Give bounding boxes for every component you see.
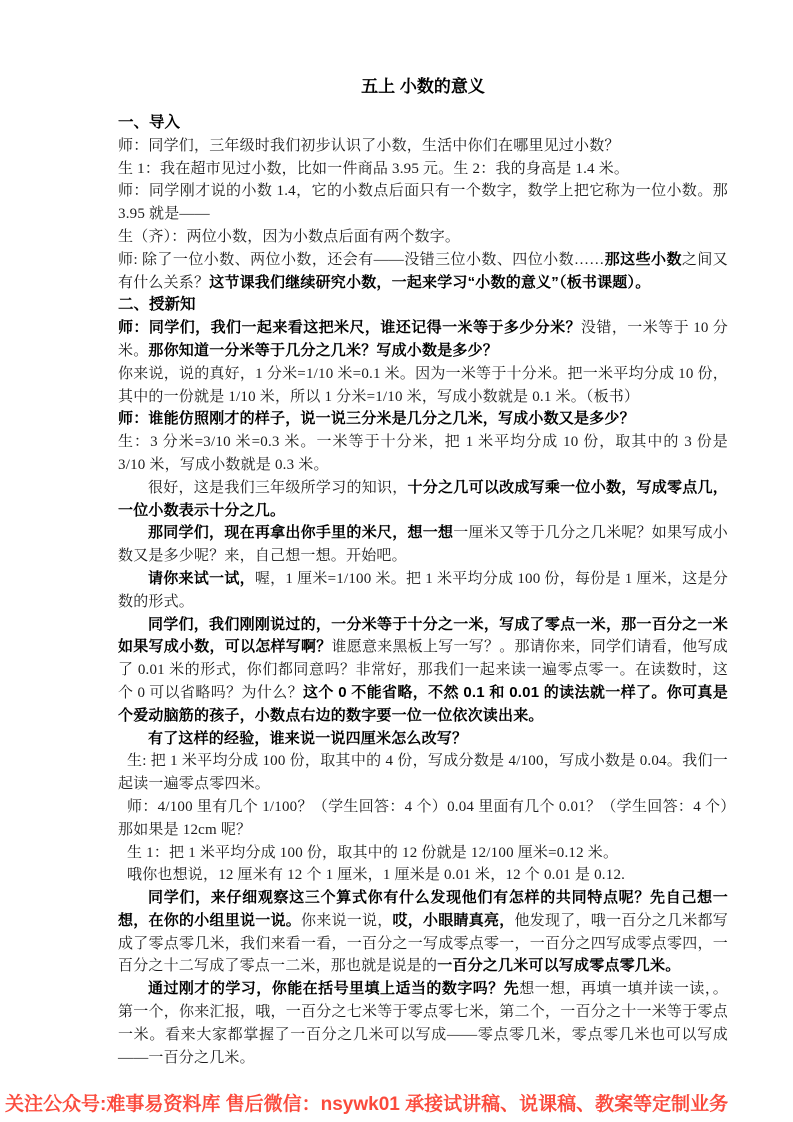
- text-segment: 有了这样的经验，谁来说一说四厘米怎么改写？: [148, 730, 467, 747]
- paragraph: 师: 除了一位小数、两位小数，还会有——没错三位小数、四位小数……那这些小数之间…: [118, 249, 728, 295]
- paragraph: 师：谁能仿照刚才的样子，说一说三分米是几分之几米，写成小数又是多少？: [118, 408, 728, 431]
- paragraph: 很好，这是我们三年级所学习的知识，十分之几可以改成写乘一位小数，写成零点几，一位…: [118, 477, 728, 523]
- footer-banner-text: 关注公众号:难事易资料库 售后微信：nsywk01 承接试讲稿、说课稿、教案等定…: [5, 1094, 728, 1115]
- paragraph: 生：3 分米=3/10 米=0.3 米。一米等于十分米，把 1 米平均分成 10…: [118, 431, 728, 477]
- text-segment: 那这些小数: [604, 251, 681, 268]
- text-segment: 师：同学们，三年级时我们初步认识了小数，生活中你们在哪里见过小数？: [118, 138, 620, 154]
- text-segment: 哎，小眼睛真亮，: [393, 912, 515, 929]
- paragraph: 师：同学们，三年级时我们初步认识了小数，生活中你们在哪里见过小数？: [118, 135, 728, 158]
- text-segment: 你来说，说的真好，1 分米=1/10 米=0.1 米。因为一米等于十分米。把一米…: [118, 366, 728, 405]
- section-new-lesson: 二、授新知 师：同学们，我们一起来看这把米尺，谁还记得一米等于多少分米？没错，一…: [118, 294, 728, 1069]
- text-segment: 师：同学们，我们一起来看这把米尺，谁还记得一米等于多少分米？: [118, 319, 581, 336]
- text-segment: 你来说一说，: [301, 913, 393, 929]
- text-segment: 那你知道一分米等于几分之几米？写成小数是多少？: [148, 342, 498, 359]
- section-new-lesson-paragraphs: 师：同学们，我们一起来看这把米尺，谁还记得一米等于多少分米？没错，一米等于 10…: [118, 317, 728, 1069]
- document-title: 五上 小数的意义: [118, 76, 728, 98]
- paragraph: 同学们，我们刚刚说过的，一分米等于十分之一米，写成了零点一米，那一百分之一米如果…: [118, 614, 728, 728]
- paragraph: 那同学们，现在再拿出你手里的米尺，想一想一厘米又等于几分之几米呢？如果写成小数又…: [118, 522, 728, 568]
- text-segment: 生 1：把 1 米平均分成 100 份，取其中的 12 份就是 12/100 厘…: [127, 845, 618, 861]
- text-segment: 生 1：我在超市见过小数，比如一件商品 3.95 元。生 2：我的身高是 1.4…: [118, 161, 629, 177]
- paragraph: 生 1：把 1 米平均分成 100 份，取其中的 12 份就是 12/100 厘…: [118, 842, 728, 865]
- text-segment: 师：谁能仿照刚才的样子，说一说三分米是几分之几米，写成小数又是多少？: [118, 410, 635, 427]
- paragraph: 哦你也想说，12 厘米有 12 个 1 厘米，1 厘米是 0.01 米，12 个…: [118, 864, 728, 887]
- paragraph: 生 1：我在超市见过小数，比如一件商品 3.95 元。生 2：我的身高是 1.4…: [118, 158, 728, 181]
- text-segment: 生（齐）：两位小数，因为小数点后面有两个数字。: [118, 229, 460, 245]
- paragraph: 请你来试一试，喔，1 厘米=1/100 米。把 1 米平均分成 100 份，每份…: [118, 568, 728, 614]
- paragraph: 生: 把 1 米平均分成 100 份，取其中的 4 份，写成分数是 4/100，…: [118, 750, 728, 796]
- paragraph: 有了这样的经验，谁来说一说四厘米怎么改写？: [118, 728, 728, 751]
- text-segment: 一百分之几米可以写成零点零几米。: [437, 957, 680, 974]
- paragraph: 生（齐）：两位小数，因为小数点后面有两个数字。: [118, 226, 728, 249]
- text-segment: 那同学们，现在再拿出你手里的米尺，想一想: [148, 524, 453, 541]
- paragraph: 师：4/100 里有几个 1/100？（学生回答：4 个）0.04 里面有几个 …: [118, 796, 728, 842]
- text-segment: 这节课我们继续研究小数，一起来学习“小数的意义”（板书课题）。: [209, 274, 650, 291]
- text-segment: 生：3 分米=3/10 米=0.3 米。一米等于十分米，把 1 米平均分成 10…: [118, 434, 728, 473]
- paragraph: 同学们，来仔细观察这三个算式你有什么发现他们有怎样的共同特点呢？先自己想一想，在…: [118, 887, 728, 978]
- document-page: 五上 小数的意义 一、导入 师：同学们，三年级时我们初步认识了小数，生活中你们在…: [0, 0, 793, 1122]
- paragraph: 你来说，说的真好，1 分米=1/10 米=0.1 米。因为一米等于十分米。把一米…: [118, 363, 728, 409]
- text-segment: 很好，这是我们三年级所学习的知识，: [148, 480, 408, 496]
- text-segment: 请你来试一试，: [148, 570, 255, 587]
- footer-banner: 关注公众号:难事易资料库 售后微信：nsywk01 承接试讲稿、说课稿、教案等定…: [0, 1092, 793, 1118]
- text-segment: 师: 除了一位小数、两位小数，还会有——没错三位小数、四位小数……: [118, 252, 604, 268]
- paragraph: 通过刚才的学习，你能在括号里填上适当的数字吗？先想一想，再填一填并读一读，。第一…: [118, 978, 728, 1069]
- section-heading-new-lesson: 二、授新知: [118, 294, 728, 317]
- text-segment: 师：4/100 里有几个 1/100？（学生回答：4 个）0.04 里面有几个 …: [118, 799, 728, 838]
- text-segment: 师：同学刚才说的小数 1.4，它的小数点后面只有一个数字，数学上把它称为一位小数…: [118, 183, 728, 222]
- section-heading-intro: 一、导入: [118, 112, 728, 135]
- paragraph: 师：同学们，我们一起来看这把米尺，谁还记得一米等于多少分米？没错，一米等于 10…: [118, 317, 728, 363]
- text-segment: 哦你也想说，12 厘米有 12 个 1 厘米，1 厘米是 0.01 米，12 个…: [127, 867, 625, 883]
- text-segment: 生: 把 1 米平均分成 100 份，取其中的 4 份，写成分数是 4/100，…: [118, 753, 728, 792]
- section-intro-paragraphs: 师：同学们，三年级时我们初步认识了小数，生活中你们在哪里见过小数？生 1：我在超…: [118, 135, 728, 295]
- section-intro: 一、导入 师：同学们，三年级时我们初步认识了小数，生活中你们在哪里见过小数？生 …: [118, 112, 728, 294]
- paragraph: 师：同学刚才说的小数 1.4，它的小数点后面只有一个数字，数学上把它称为一位小数…: [118, 180, 728, 226]
- text-segment: 通过刚才的学习，你能在括号里填上适当的数字吗？先: [148, 980, 519, 997]
- document-content: 五上 小数的意义 一、导入 师：同学们，三年级时我们初步认识了小数，生活中你们在…: [118, 76, 728, 1069]
